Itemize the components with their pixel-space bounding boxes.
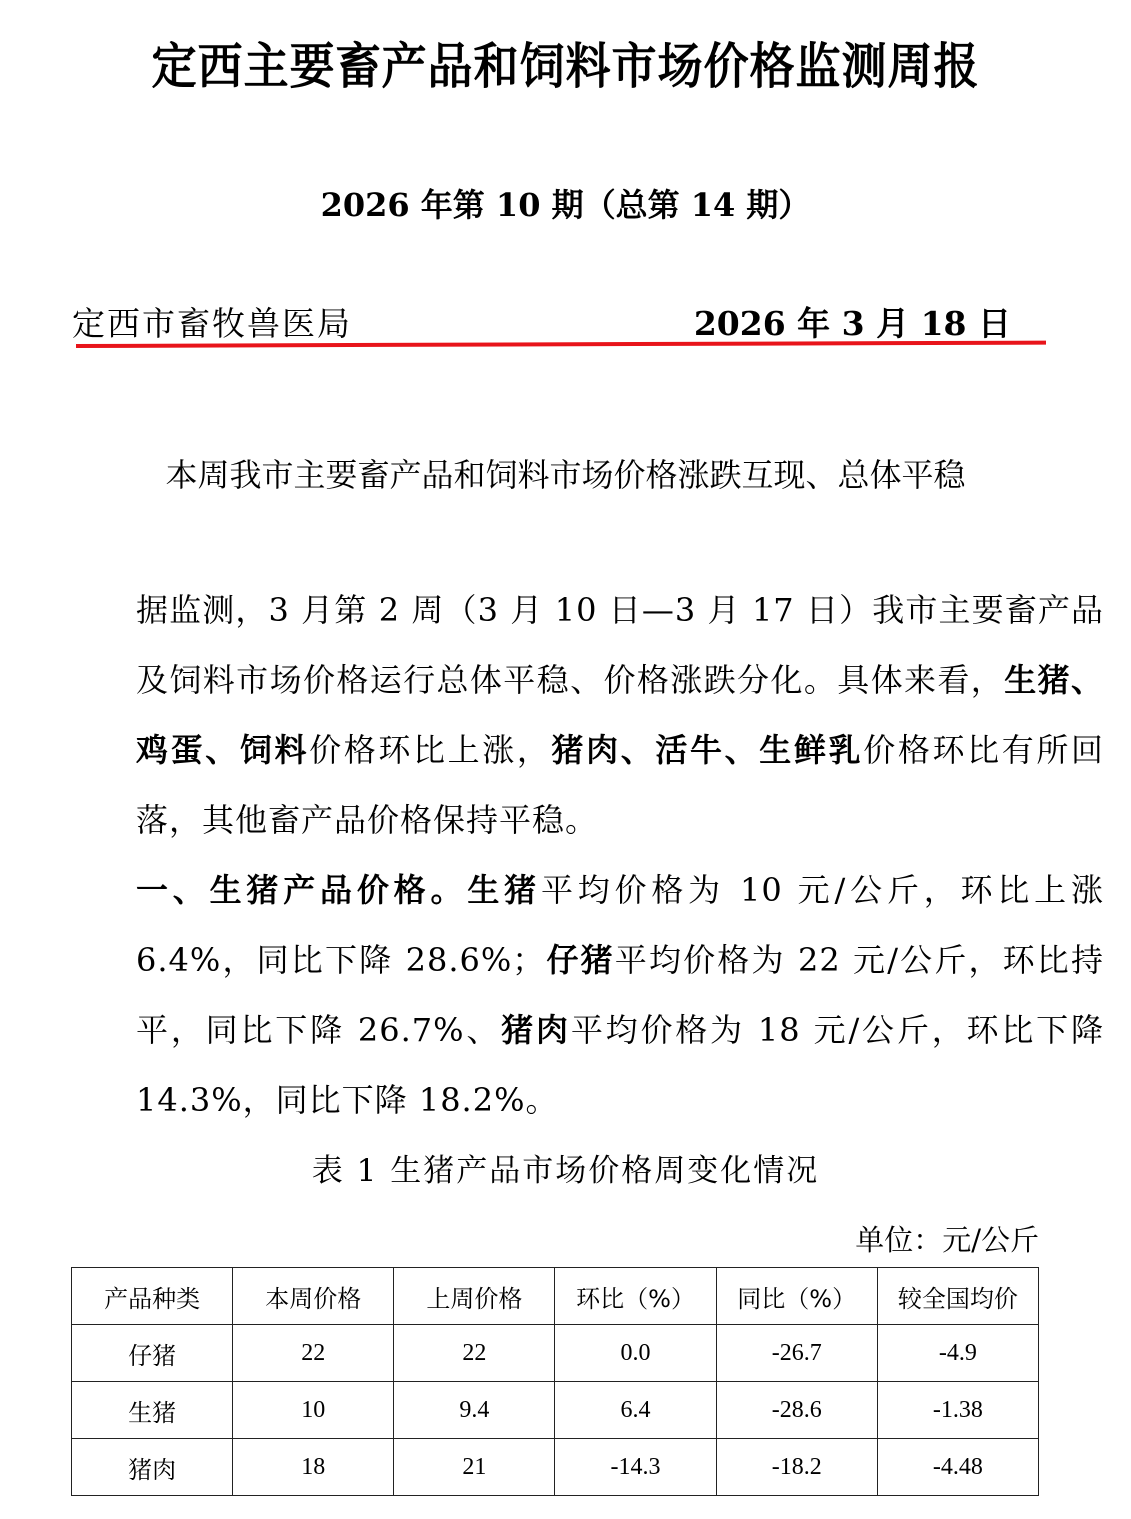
table-cell: -4.9 [877,1325,1038,1382]
overview-paragraph: 据监测，3 月第 2 周（3 月 10 日—3 月 17 日）我市主要畜产品及饲… [72,575,1104,855]
table-row: 生猪 10 9.4 6.4 -28.6 -1.38 [72,1382,1039,1439]
table-cell: -28.6 [716,1382,877,1439]
pig-price-table: 产品种类 本周价格 上周价格 环比（%） 同比（%） 较全国均价 仔猪 22 2… [71,1267,1039,1496]
text: 价格环比上涨， [309,731,551,769]
column-header: 同比（%） [716,1268,877,1325]
item-piglet: 仔猪 [545,941,615,979]
column-header: 环比（%） [555,1268,716,1325]
table-cell: -18.2 [716,1439,877,1496]
table-cell: 6.4 [555,1382,716,1439]
table-caption: 表 1 生猪产品市场价格周变化情况 [0,1145,1131,1190]
item-live-pig: 生猪 [467,871,541,909]
table-row: 猪肉 18 21 -14.3 -18.2 -4.48 [72,1439,1039,1496]
column-header: 本周价格 [233,1268,394,1325]
table-row: 仔猪 22 22 0.0 -26.7 -4.9 [72,1325,1039,1382]
table-cell: 生猪 [72,1382,233,1439]
table-header-row: 产品种类 本周价格 上周价格 环比（%） 同比（%） 较全国均价 [72,1268,1039,1325]
issue-date: 2026 年 3 月 18 日 [694,298,1011,345]
table-cell: 仔猪 [72,1325,233,1382]
table-cell: -4.48 [877,1439,1038,1496]
table-cell: -1.38 [877,1382,1038,1439]
column-header: 较全国均价 [877,1268,1038,1325]
table-cell: -26.7 [716,1325,877,1382]
item-pork: 猪肉 [501,1011,571,1049]
table-cell: 22 [394,1325,555,1382]
column-header: 产品种类 [72,1268,233,1325]
table-cell: 21 [394,1439,555,1496]
report-title: 定西主要畜产品和饲料市场价格监测周报 [45,28,1086,98]
table-cell: 0.0 [555,1325,716,1382]
table-cell: 10 [233,1382,394,1439]
issuing-agency: 定西市畜牧兽医局 [72,298,352,345]
table-cell: 9.4 [394,1382,555,1439]
falling-items: 猪肉、活牛、生鲜乳 [552,731,864,769]
column-header: 上周价格 [394,1268,555,1325]
table-cell: 22 [233,1325,394,1382]
pig-price-paragraph: 一、生猪产品价格。生猪平均价格为 10 元/公斤，环比上涨 6.4%，同比下降 … [72,855,1104,1135]
issue-number: 2026 年第 10 期（总第 14 期） [0,180,1131,226]
table-cell: -14.3 [555,1439,716,1496]
table-cell: 猪肉 [72,1439,233,1496]
section-heading: 一、生猪产品价格。 [136,871,467,909]
table-unit: 单位：元/公斤 [855,1218,1039,1259]
summary-headline: 本周我市主要畜产品和饲料市场价格涨跌互现、总体平稳 [0,450,1131,496]
table-cell: 18 [233,1439,394,1496]
text: 据监测，3 月第 2 周（3 月 10 日—3 月 17 日）我市主要畜产品及饲… [136,591,1104,699]
